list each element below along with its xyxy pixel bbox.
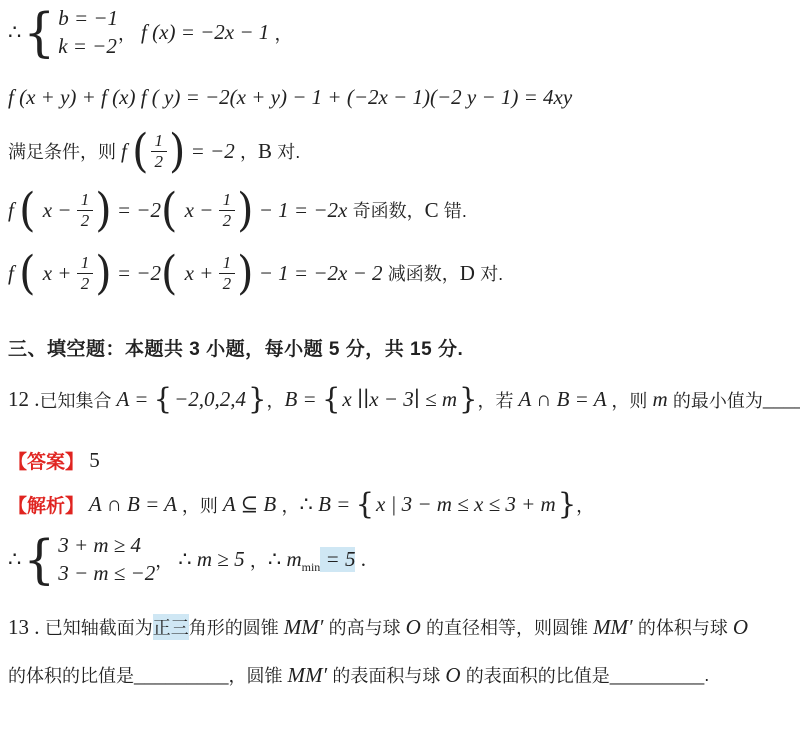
- text-run: 对.: [277, 138, 300, 164]
- left-brace-icon: {: [23, 534, 55, 586]
- math-run: A ∩ B = A: [518, 387, 611, 412]
- text-run: 的直径相等，则圆锥: [426, 614, 593, 640]
- bracket-label: 【答案】: [8, 447, 84, 474]
- text-run: 的体积的比值是: [8, 662, 134, 688]
- bracket-group-content: 12: [149, 131, 170, 171]
- text-run: ，: [240, 138, 258, 164]
- text-run: 的高与球: [329, 614, 406, 640]
- math-run: A ⊆ B: [223, 492, 282, 517]
- bracket-group: ( x − 12): [19, 189, 112, 231]
- close-bracket-icon: ): [95, 250, 111, 296]
- text-run: 减函数，: [388, 260, 460, 286]
- math-run: − 1 = −2x: [254, 198, 353, 223]
- cases-row: k = −2: [58, 34, 118, 59]
- math-run: ________: [763, 387, 800, 412]
- open-bracket-icon: (: [19, 250, 35, 296]
- bracket-group: ( x + 12): [161, 252, 254, 294]
- math-run: MM′: [593, 615, 638, 640]
- math-run: −2,0,2,4: [174, 387, 246, 412]
- math-run: = −2: [185, 139, 240, 164]
- problem-12: 12 .已知集合 A = {−2,0,2,4}，B = {x ∣∣x − 3∣ …: [8, 385, 794, 414]
- section-heading: 三、填空题：本题共 3 小题，每小题 5 分，共 15 分.: [8, 334, 794, 361]
- subscripted-var: mmin: [286, 547, 320, 572]
- bracket-group-content: x − 12: [35, 190, 95, 230]
- math-run: = −2: [112, 198, 161, 223]
- text-run: 错.: [444, 197, 467, 223]
- text-run: ，: [275, 20, 293, 46]
- text-run: ，: [576, 492, 594, 518]
- fraction: 12: [219, 190, 236, 230]
- math-run: _________: [134, 663, 229, 688]
- math-run: − 1 = −2x − 2: [254, 261, 388, 286]
- math-run: ∴: [8, 20, 21, 45]
- text-run: 对.: [480, 260, 503, 286]
- close-bracket-icon: ): [169, 128, 185, 174]
- close-bracket-icon: ): [237, 250, 253, 296]
- math-run: O: [733, 615, 748, 640]
- close-bracket-icon: ): [95, 187, 111, 233]
- fraction-numerator: 1: [151, 131, 168, 152]
- math-run: x +: [179, 261, 218, 286]
- math-run: ∴: [299, 492, 318, 517]
- cases-rows: 3 + m ≥ 43 − m ≤ −2: [58, 533, 155, 586]
- bracket-group-content: x + 12: [35, 253, 95, 293]
- math-run: x −: [37, 198, 76, 223]
- fraction-denominator: 2: [219, 274, 236, 294]
- text-run: ，则: [611, 387, 652, 413]
- text-run: 正三: [153, 614, 189, 640]
- line-fxy: f (x + y) + f (x) f ( y) = −2(x + y) − 1…: [8, 85, 794, 110]
- math-run: = −2: [112, 261, 161, 286]
- bracket-group: {−2,0,2,4}: [154, 385, 267, 414]
- left-brace-icon: {: [23, 7, 55, 59]
- math-run: ∴: [8, 547, 21, 572]
- math-run: B =: [284, 387, 322, 412]
- bracket-group: ( x + 12): [19, 252, 112, 294]
- fraction-denominator: 2: [219, 211, 236, 231]
- fraction-numerator: 1: [219, 253, 236, 274]
- close-bracket-icon: }: [248, 385, 266, 414]
- line-cond-b: 满足条件，则 f (12) = −2 ，B 对.: [8, 130, 794, 172]
- text-run: ，: [118, 20, 141, 46]
- document: ∴{b = −1k = −2， f (x) = −2x − 1 ，f (x + …: [0, 0, 800, 688]
- text-run: ，: [281, 492, 299, 518]
- math-run: O: [406, 615, 426, 640]
- text-run: 的体积与球: [638, 614, 733, 640]
- math-run: .: [355, 547, 366, 572]
- math-run: 12 .: [8, 387, 40, 412]
- text-run: ，圆锥: [229, 662, 288, 688]
- math-run: f: [8, 198, 19, 223]
- text-run: 的表面积的比值是: [466, 662, 610, 688]
- text-run: ，则: [182, 492, 223, 518]
- math-run: m: [286, 547, 301, 571]
- system-line: ∴{3 + m ≥ 43 − m ≤ −2， ∴ m ≥ 5 ，∴ mmin =…: [8, 533, 794, 586]
- open-bracket-icon: {: [356, 490, 374, 519]
- cases-group: {3 + m ≥ 43 − m ≤ −2: [21, 533, 155, 586]
- text-run: 已知轴截面为: [45, 614, 153, 640]
- text-run: 三、填空题：本题共 3 小题，每小题 5 分，共 15 分.: [8, 334, 463, 361]
- math-run: A =: [117, 387, 154, 412]
- open-bracket-icon: {: [154, 385, 172, 414]
- text-run: ，若: [477, 387, 518, 413]
- close-bracket-icon: }: [459, 385, 477, 414]
- fraction: 12: [151, 131, 168, 171]
- text-run: 奇函数，: [353, 197, 425, 223]
- math-run: x −: [179, 198, 218, 223]
- bracket-group: ( x − 12): [161, 189, 254, 231]
- fraction-denominator: 2: [77, 211, 94, 231]
- math-run: MM′: [288, 663, 333, 688]
- text-run: 的表面积与球: [332, 662, 445, 688]
- bracket-group-content: x − 12: [177, 190, 237, 230]
- math-run: B: [258, 139, 277, 164]
- text-run: 角形的圆锥: [189, 614, 284, 640]
- analysis-12: 【解析】 A ∩ B = A ，则 A ⊆ B ，∴ B = {x | 3 − …: [8, 490, 794, 519]
- bracket-group-content: x ∣∣x − 3∣ ≤ m: [340, 387, 459, 412]
- math-run: 5: [84, 448, 100, 473]
- line-fx-minus: f ( x − 12) = −2( x − 12) − 1 = −2x 奇函数，…: [8, 189, 794, 231]
- line-fx-plus: f ( x + 12) = −2( x + 12) − 1 = −2x − 2 …: [8, 252, 794, 294]
- math-run: = 5: [320, 547, 355, 572]
- text-run: .: [704, 665, 709, 686]
- math-run: f: [121, 139, 132, 164]
- math-run: f (x) = −2x − 1: [141, 20, 274, 45]
- line-bk-f: ∴{b = −1k = −2， f (x) = −2x − 1 ，: [8, 6, 794, 59]
- close-bracket-icon: }: [558, 490, 576, 519]
- math-run: m: [652, 387, 672, 412]
- fraction-numerator: 1: [77, 190, 94, 211]
- text-run: 已知集合: [40, 387, 117, 413]
- subscript-text: min: [302, 560, 321, 574]
- bracket-group: {x | 3 − m ≤ x ≤ 3 + m}: [356, 490, 577, 519]
- math-run: x +: [37, 261, 76, 286]
- fraction: 12: [77, 253, 94, 293]
- open-bracket-icon: (: [19, 187, 35, 233]
- math-run: C: [425, 198, 444, 223]
- bracket-group: {x ∣∣x − 3∣ ≤ m}: [322, 385, 478, 414]
- text-run: ，: [266, 387, 284, 413]
- problem-13-line2: 的体积的比值是_________，圆锥 MM′ 的表面积与球 O 的表面积的比值…: [8, 662, 794, 688]
- text-run: ，: [250, 547, 268, 573]
- math-run: _________: [610, 663, 705, 688]
- text-run: ，: [155, 547, 178, 573]
- cases-row: 3 + m ≥ 4: [58, 533, 155, 558]
- bracket-group-content: x | 3 − m ≤ x ≤ 3 + m: [374, 492, 558, 517]
- bracket-group-content: −2,0,2,4: [172, 387, 248, 412]
- fraction-denominator: 2: [77, 274, 94, 294]
- fraction: 12: [77, 190, 94, 230]
- fraction-numerator: 1: [77, 253, 94, 274]
- fraction: 12: [219, 253, 236, 293]
- open-bracket-icon: (: [161, 187, 177, 233]
- math-run: B =: [318, 492, 356, 517]
- fraction-numerator: 1: [219, 190, 236, 211]
- cases-group: {b = −1k = −2: [21, 6, 118, 59]
- math-run: x ∣∣x − 3∣ ≤ m: [342, 387, 457, 412]
- math-run: f: [8, 261, 19, 286]
- math-run: ∴: [268, 547, 287, 572]
- math-run: m ≥ 5: [197, 547, 250, 572]
- answer-12: 【答案】 5: [8, 447, 794, 474]
- bracket-label: 【解析】: [8, 491, 84, 518]
- open-bracket-icon: (: [161, 250, 177, 296]
- close-bracket-icon: ): [237, 187, 253, 233]
- math-run: O: [445, 663, 465, 688]
- math-run: D: [460, 261, 480, 286]
- cases-row: 3 − m ≤ −2: [58, 561, 155, 586]
- open-bracket-icon: {: [322, 385, 340, 414]
- math-run: x | 3 − m ≤ x ≤ 3 + m: [376, 492, 556, 517]
- math-run: 13 .: [8, 615, 45, 640]
- problem-13-line1: 13 . 已知轴截面为正三角形的圆锥 MM′ 的高与球 O 的直径相等，则圆锥 …: [8, 614, 794, 640]
- math-run: MM′: [284, 615, 329, 640]
- bracket-group-content: x + 12: [177, 253, 237, 293]
- text-run: 的最小值为: [673, 387, 763, 413]
- bracket-group: (12): [132, 130, 185, 172]
- math-run: A ∩ B = A: [84, 492, 182, 517]
- cases-rows: b = −1k = −2: [58, 6, 118, 59]
- math-run: ∴: [178, 547, 197, 572]
- text-run: 满足条件，则: [8, 138, 121, 164]
- open-bracket-icon: (: [132, 128, 148, 174]
- math-run: f (x + y) + f (x) f ( y) = −2(x + y) − 1…: [8, 85, 572, 110]
- fraction-denominator: 2: [151, 152, 168, 172]
- cases-row: b = −1: [58, 6, 118, 31]
